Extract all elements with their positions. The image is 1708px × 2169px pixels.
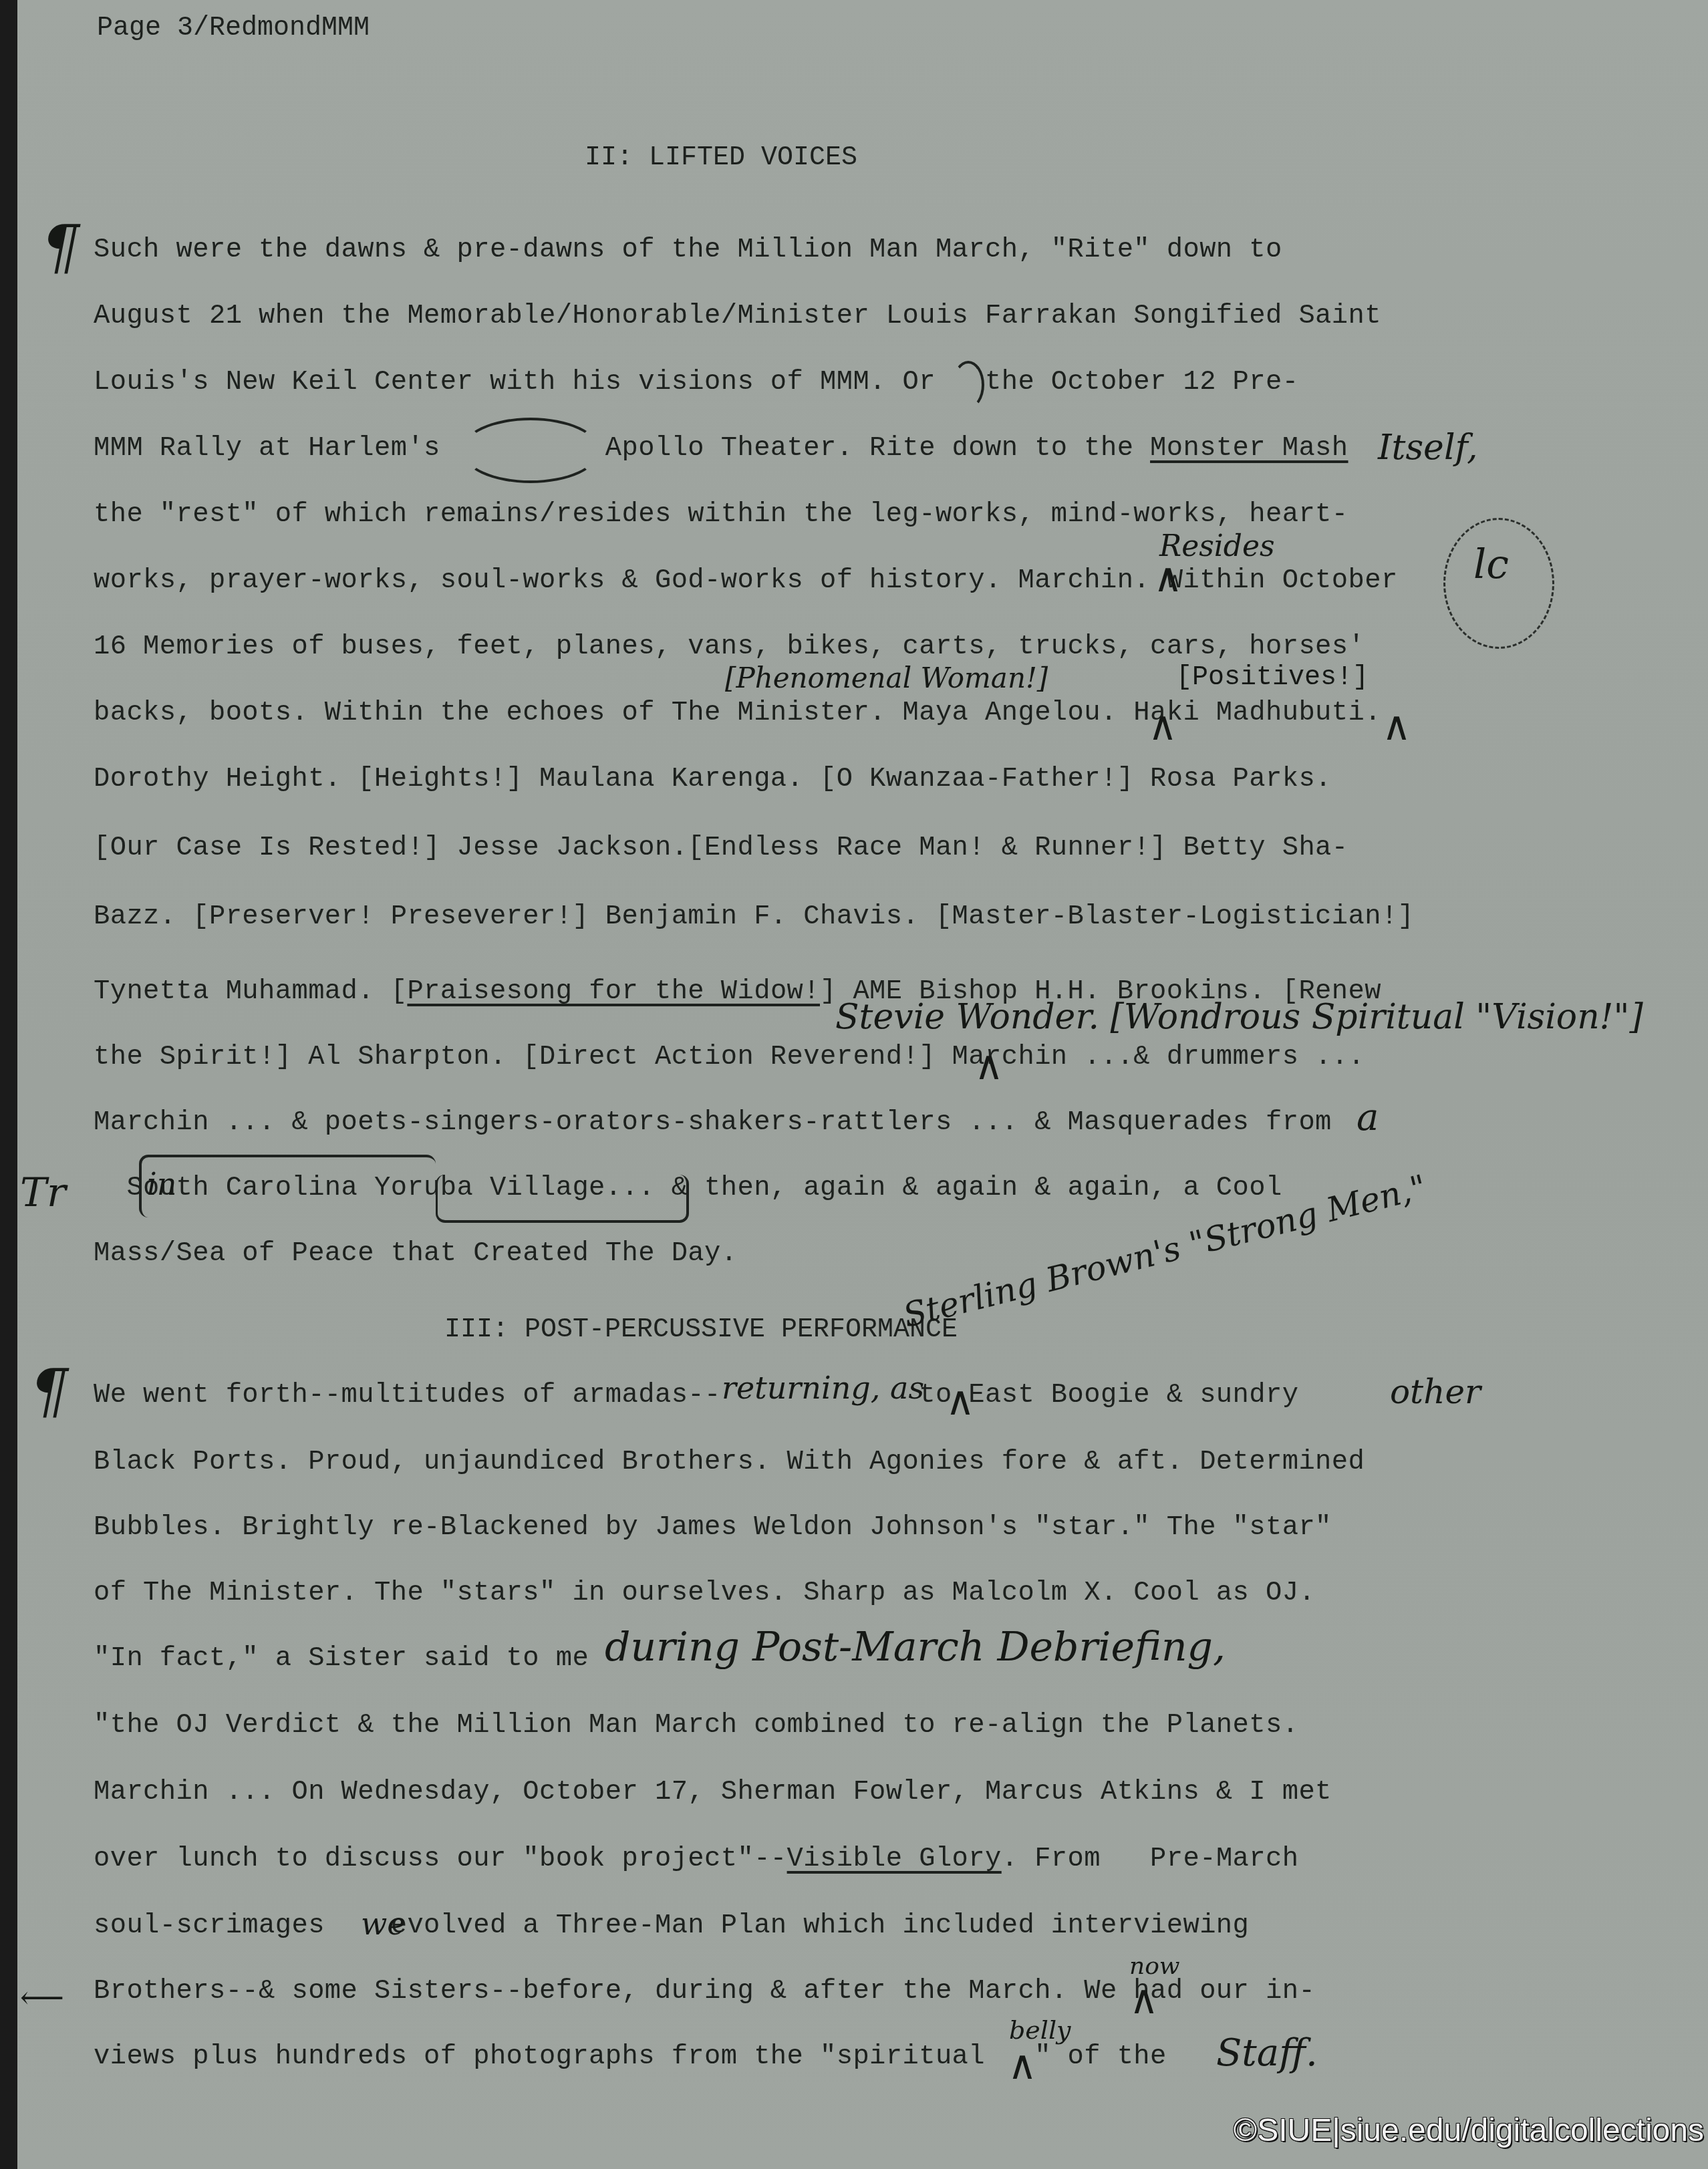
text-line: Marchin ... & poets-singers-orators-shak… [94,1107,1332,1139]
text-line: views plus hundreds of photographs from … [94,2041,1167,2073]
section-title-ii: II: LIFTED VOICES [585,143,857,173]
text-line: Dorothy Height. [Heights!] Maulana Karen… [94,763,1332,795]
transpose-mark [139,1155,436,1217]
watermark: ©SIUE|siue.edu/digitalcollections [1234,2112,1704,2149]
handwritten-note: we [361,1906,406,1942]
text-line: Marchin ... On Wednesday, October 17, Sh… [94,1776,1332,1808]
handwritten-note: Stevie Wonder. [Wondrous Spiritual "Visi… [835,997,1643,1037]
handwritten-note: during Post-March Debriefing, [605,1624,1226,1671]
text-line: Bazz. [Preserver! Preseverer!] Benjamin … [94,901,1414,933]
text-line: Bubbles. Brightly re-Blackened by James … [94,1511,1332,1544]
underlined-text: Monster Mash [1150,433,1348,464]
arrow-left-icon: ⟵ [20,1979,64,2015]
handwritten-note: [Positives!] [1176,663,1369,693]
insert-caret-icon: ∧ [1153,555,1183,601]
insert-caret-icon: ∧ [1008,2042,1037,2089]
underlined-text: Praisesong for the Widow! [407,976,820,1007]
scan-edge [0,0,17,2169]
insert-caret-icon: ∧ [974,1042,1004,1089]
insert-caret-icon: ∧ [946,1378,975,1425]
handwritten-note: returning, as [722,1370,924,1406]
insert-caret-icon: ∧ [1148,703,1177,750]
handwritten-note: Staff. [1216,2031,1318,2075]
text-line: MMM Rally at Harlem's Apollo Theater. Ri… [94,432,1348,464]
text-line: soul-scrimages evolved a Three-Man Plan … [94,1910,1249,1942]
deletion-mark-icon [952,361,984,409]
handwritten-note: Tr [20,1169,66,1216]
handwritten-note: [Phenomenal Woman!] [725,662,1048,694]
handwritten-note: belly [1009,2015,1071,2045]
text-segment: Tynetta Muhammad. [ [94,976,407,1007]
text-line: [Our Case Is Rested!] Jesse Jackson.[End… [94,832,1348,864]
paragraph-mark-icon: ¶ [41,212,80,283]
text-segment: Black Ports. Proud, unjaundiced Brothers… [94,1447,1365,1477]
text-line: works, prayer-works, soul-works & God-wo… [94,565,1398,597]
text-segment: . From Pre-March [1002,1844,1299,1874]
text-line: We went forth--multitudes of armadas-- t… [94,1379,1315,1411]
text-line: August 21 when the Memorable/Honorable/M… [94,300,1381,332]
text-line: Black Ports. Proud, unjaundiced Brothers… [94,1446,1365,1478]
text-line: of The Minister. The "stars" in ourselve… [94,1577,1315,1609]
handwritten-note: Itself, [1378,428,1477,468]
paragraph-mark-icon: ¶ [30,1356,68,1427]
text-line: backs, boots. Within the echoes of The M… [94,697,1381,729]
text-line: "In fact," a Sister said to me [94,1642,589,1675]
handwritten-note: lc [1473,541,1509,588]
page-header: Page 3/RedmondMMM [97,13,370,43]
deletion-mark-icon [461,418,600,483]
text-line: the Spirit!] Al Sharpton. [Direct Action… [94,1041,1365,1073]
handwritten-note: a [1357,1096,1379,1139]
text-line: 16 Memories of buses, feet, planes, vans… [94,631,1365,663]
transpose-mark [436,1175,689,1223]
text-line: Louis's New Keil Center with his visions… [94,366,1298,398]
text-line: Such were the dawns & pre-dawns of the M… [94,234,1282,266]
text-line: the "rest" of which remains/resides with… [94,498,1348,531]
handwritten-note: other [1390,1372,1481,1411]
text-line: "the OJ Verdict & the Million Man March … [94,1709,1298,1741]
text-line: over lunch to discuss our "book project"… [94,1843,1298,1875]
text-line: Mass/Sea of Peace that Created The Day. [94,1238,737,1270]
insert-caret-icon: ∧ [1382,703,1411,750]
handwritten-note: now [1129,1953,1180,1980]
underlined-text: Visible Glory [787,1844,1002,1874]
section-title-iii: III: POST-PERCUSSIVE PERFORMANCE [444,1315,958,1345]
text-segment: over lunch to discuss our "book project"… [94,1844,787,1874]
insert-caret-icon: ∧ [1129,1977,1159,2023]
text-segment: MMM Rally at Harlem's Apollo Theater. Ri… [94,433,1150,464]
